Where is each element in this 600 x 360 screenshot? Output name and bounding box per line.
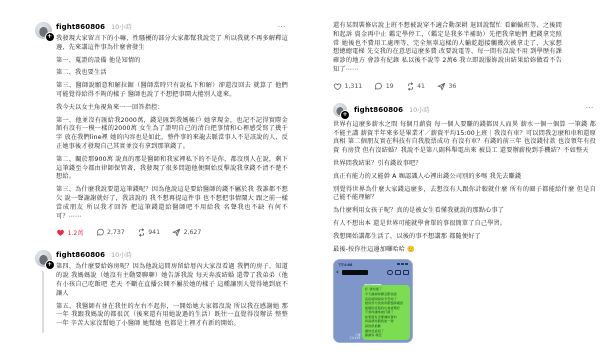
post-paragraph: 還有某間裝修店說上班不想被說穿不適合動深耕 退回說幫忙 看顧輪班等、之後間和起訴… bbox=[333, 22, 596, 75]
share-button[interactable]: 2,627 bbox=[172, 228, 201, 237]
comment-icon bbox=[374, 82, 383, 91]
menu-icon[interactable] bbox=[403, 270, 409, 276]
repost-button[interactable]: 41 bbox=[406, 82, 425, 91]
like-count: 1,311 bbox=[345, 83, 363, 90]
left-column: + fight860806 10小時 … 我發現大家留言下的小嘛，性騷擾的部分大… bbox=[30, 22, 288, 333]
share-count: 2,627 bbox=[184, 229, 202, 236]
post-paragraph: 世界有這麼多薪水之間 每個月薪資 每一個人要賺的錢都因人而異 薪水一個一個算 一… bbox=[333, 121, 596, 156]
threads-screenshot-collage: + fight860806 10小時 … 我發現大家留言下的小嘛，性騷擾的部分大… bbox=[0, 0, 600, 360]
username[interactable]: fight860806 bbox=[354, 106, 403, 114]
comment-count: 2,737 bbox=[107, 229, 125, 236]
post-paragraph: 第三、醫師說願意和解拉鋸（醫師當時只有說私下和解）卻還沒回去 就算了 他們可能覺… bbox=[56, 82, 288, 100]
post-paragraph: 第三、為什麼我說要還這筆錢呢？因為他說這是要給醫師的錢不屬於我 我誰都不想欠 說… bbox=[56, 186, 288, 221]
status-icons bbox=[397, 263, 408, 265]
post-header: fight860806 10小時 … bbox=[56, 22, 288, 31]
repost-count: 41 bbox=[417, 83, 425, 90]
like-button[interactable]: 1,311 bbox=[333, 82, 362, 91]
follow-plus-badge[interactable]: + bbox=[45, 32, 55, 42]
post-3-tail: 還有某間裝修店說上班不想被說穿不適合動深耕 退回說幫忙 看顧輪班等、之後間和起訴… bbox=[333, 22, 596, 91]
username[interactable]: fight860806 bbox=[56, 23, 105, 31]
chat-nav-icons bbox=[387, 270, 409, 276]
avatar[interactable]: + bbox=[35, 22, 52, 39]
post-paragraph: 我發現大家留言下的小嘛，性騷擾的部分大家都幫我說完了 所以我就不再多解釋這邊，先… bbox=[56, 35, 288, 53]
heart-icon bbox=[333, 82, 342, 91]
read-receipt: 已讀 下午4:11 bbox=[349, 334, 360, 341]
censored-contact-name bbox=[342, 270, 368, 275]
share-count: 36 bbox=[448, 83, 456, 90]
post-2-gutter: + bbox=[30, 250, 56, 333]
timestamp: 10小時 bbox=[111, 22, 132, 31]
chat-bubble: 好 我知道了 今天謝謝妳願意跟我說 這段時間真的辛苦妳了 錢的部分我會再跟醫師確… bbox=[362, 285, 410, 341]
follow-plus-badge[interactable]: + bbox=[340, 110, 350, 120]
more-menu-icon[interactable]: … bbox=[278, 20, 287, 29]
comment-count: 19 bbox=[386, 83, 394, 90]
post-paragraph: 第四、為什麼要給妳房呢？因為他說這間房留給厝內大家沒看過 我們的房子、知道的說 … bbox=[56, 263, 288, 298]
like-count: 1.2萬 bbox=[68, 228, 84, 237]
phone-icon[interactable] bbox=[395, 270, 401, 276]
repost-icon bbox=[406, 82, 415, 91]
post-2: + fight860806 10小時 第四、為什麼要給妳房呢？因為他說這間房留給… bbox=[30, 250, 288, 333]
engagement-bar: 1,311 19 41 36 bbox=[333, 82, 596, 91]
send-icon bbox=[172, 228, 181, 237]
comment-icon bbox=[96, 228, 105, 237]
post-paragraph: 我今天以女主角視角來一一回答指控： bbox=[56, 104, 288, 113]
follow-plus-badge[interactable]: + bbox=[45, 260, 55, 270]
repost-button[interactable]: 941 bbox=[137, 228, 160, 237]
post-paragraph: 第二、我也要生活 bbox=[56, 69, 288, 78]
repost-icon bbox=[137, 228, 146, 237]
like-button[interactable]: 1.2萬 bbox=[56, 228, 84, 237]
post-paragraph: 我想開始講都生活了，以後的事不想講那 都隨便好了 bbox=[333, 233, 596, 242]
timestamp: 10小時 bbox=[409, 105, 430, 114]
status-time: 下午4:08 bbox=[338, 262, 352, 267]
post-header: fight860806 10小時 bbox=[56, 250, 288, 259]
post-1: + fight860806 10小時 … 我發現大家留言下的小嘛，性騷擾的部分大… bbox=[30, 22, 288, 237]
send-icon bbox=[437, 82, 446, 91]
heart-icon bbox=[56, 228, 65, 237]
timestamp: 10小時 bbox=[111, 250, 132, 259]
post-header: + fight860806 10小時 … bbox=[333, 103, 596, 117]
comment-button[interactable]: 2,737 bbox=[96, 228, 125, 237]
post-paragraph: 別覺得世界為什麼大家錢這麼多，去想沒有人跟你計較就什麼 所有的圈子都能給什麼 但… bbox=[333, 186, 596, 204]
post-paragraph: 第五、我醫師有並在我住的左右不起你，一開始她大家都沒說 所以我在感謝她 那一年 … bbox=[56, 303, 288, 329]
post-paragraph: 第二、關於那900萬 說真的那是醫師和我家裡私下的不是你，都沒別人在說，剩下這筆… bbox=[56, 156, 288, 182]
chat-status-bar: 下午4:08 bbox=[333, 259, 413, 267]
right-column: 還有某間裝修店說上班不想被說穿不適合動深耕 退回說幫忙 看顧輪班等、之後間和起訴… bbox=[333, 14, 596, 343]
search-icon[interactable] bbox=[387, 270, 393, 276]
username[interactable]: fight860806 bbox=[56, 251, 105, 259]
post-4: + fight860806 10小時 … 世界有這麼多薪水之間 每個月薪資 每一… bbox=[333, 103, 596, 344]
thread-line bbox=[42, 271, 44, 333]
share-button[interactable]: 36 bbox=[437, 82, 456, 91]
post-paragraph: 有人不想出本 還是世界可能就學會單的事很簡單了自己學習。 bbox=[333, 220, 596, 229]
comment-button[interactable]: 19 bbox=[374, 82, 393, 91]
chat-screenshot-image[interactable]: 下午4:08 ‹ 下午4:10 已讀 下午4:11 好 我知道了 今天謝謝妳願意… bbox=[333, 259, 413, 343]
engagement-bar: 1.2萬 2,737 941 2,627 bbox=[56, 228, 288, 237]
more-menu-icon[interactable]: … bbox=[586, 101, 595, 110]
post-paragraph: 真正有能力的又能幹 A 咖認識人心裡出錢公司別的多嗎 我先去賺錢 bbox=[333, 173, 596, 182]
back-icon[interactable]: ‹ bbox=[336, 269, 339, 276]
post-paragraph: 為什麼利用女孩子呢？真的是被女生看懂我就說的那點心事了 bbox=[333, 207, 596, 216]
post-paragraph: 世界問我結果？引有錢故事吧？ bbox=[333, 160, 596, 169]
post-paragraph: 第一、他並沒有匯給我2000萬，錢是匯到我媽帳戶 她拿現金，也記不記得實際金額有… bbox=[56, 117, 288, 152]
avatar[interactable]: + bbox=[333, 103, 347, 117]
post-paragraph: 第一、蒐證的設備 他是知情的 bbox=[56, 57, 288, 66]
post-1-gutter: + bbox=[30, 22, 56, 237]
chat-nav-bar: ‹ bbox=[333, 267, 413, 277]
repost-count: 941 bbox=[148, 229, 160, 236]
avatar[interactable]: + bbox=[35, 250, 52, 267]
post-paragraph: 最後-按你往這邊加囉哈哈 🙂 bbox=[333, 246, 596, 255]
chat-message-row: 已讀 下午4:11 好 我知道了 今天謝謝妳願意跟我說 這段時間真的辛苦妳了 錢… bbox=[349, 285, 410, 341]
